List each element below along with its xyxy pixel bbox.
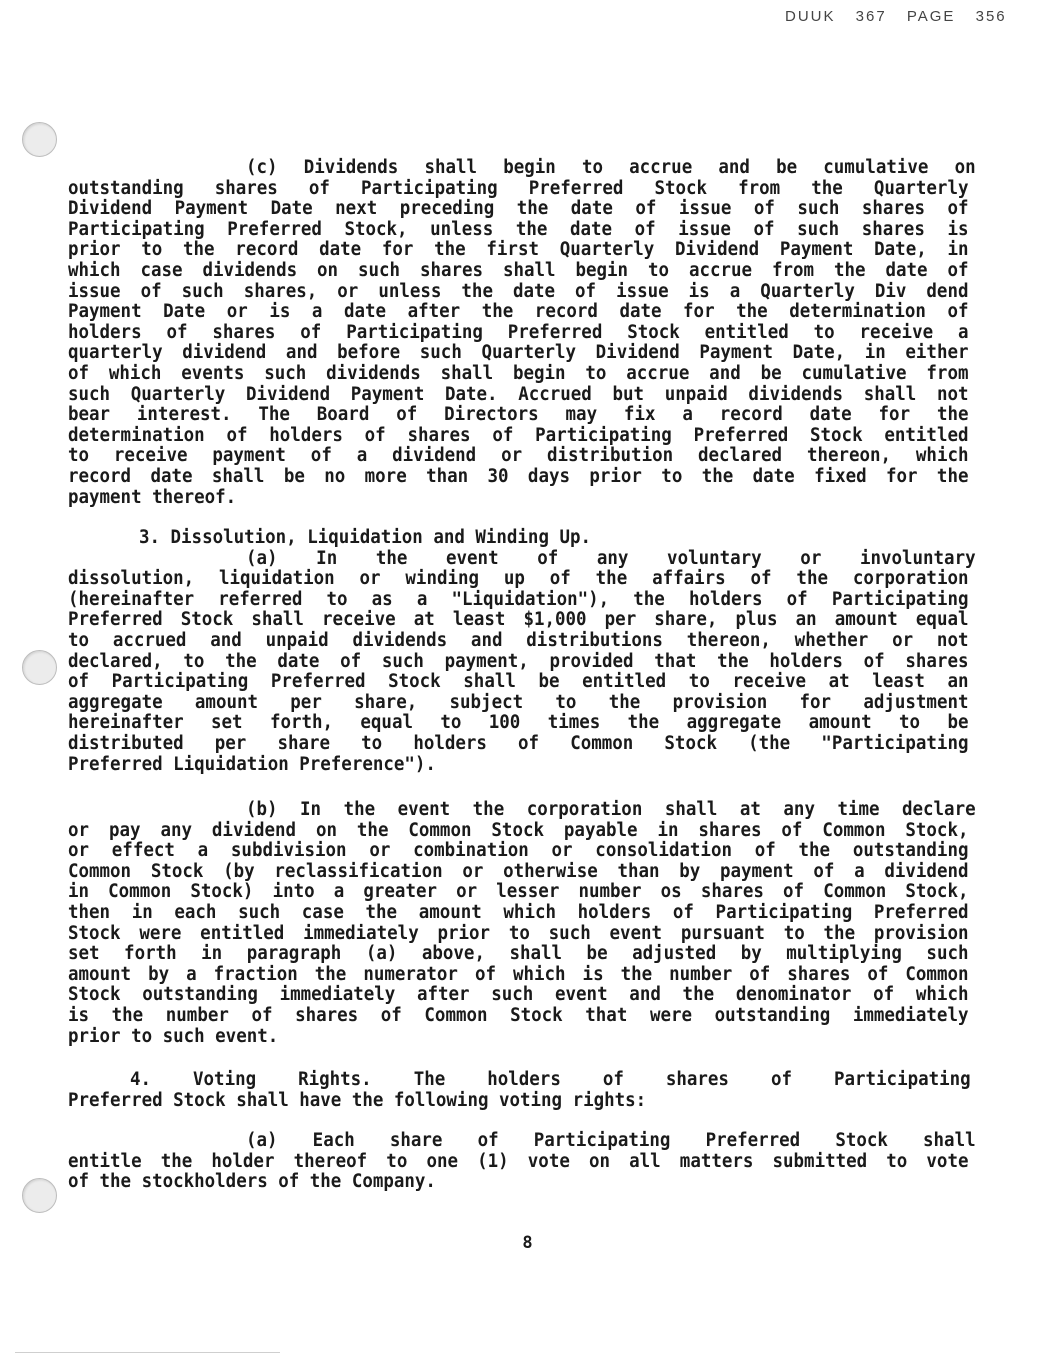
text-line: entitle the holder thereof to one (1) vo… <box>68 1152 968 1173</box>
text-line: determination of holders of shares of Pa… <box>68 426 968 447</box>
text-line: (a) Each share of Participating Preferre… <box>246 1131 976 1152</box>
text-line: Participating Preferred Stock, unless th… <box>68 220 968 241</box>
text-line: (a) In the event of any voluntary or inv… <box>246 549 976 570</box>
text-line: Payment Date or is a date after the reco… <box>68 302 968 323</box>
text-line: Preferred Liquidation Preference"). <box>68 755 968 776</box>
text-line: to receive payment of a dividend or dist… <box>68 446 968 467</box>
text-line: or pay any dividend on the Common Stock … <box>68 821 968 842</box>
text-line: bear interest. The Board of Directors ma… <box>68 405 968 426</box>
text-line: or effect a subdivision or combination o… <box>68 841 968 862</box>
text-line: of which events such dividends shall beg… <box>68 364 968 385</box>
text-line: of the stockholders of the Company. <box>68 1172 968 1193</box>
text-line: set forth in paragraph (a) above, shall … <box>68 944 968 965</box>
text-line: Preferred Stock shall receive at least $… <box>68 610 968 631</box>
text-line: declared, to the date of such payment, p… <box>68 652 968 673</box>
book-page-stamp: DUUK 367 PAGE 356 <box>785 8 1007 25</box>
text-line: Common Stock (by reclassification or oth… <box>68 862 968 883</box>
text-line: Preferred Stock shall have the following… <box>68 1091 968 1112</box>
text-line: (b) In the event the corporation shall a… <box>246 800 976 821</box>
text-line: 3. Dissolution, Liquidation and Winding … <box>139 528 971 549</box>
text-line: record date shall be no more than 30 day… <box>68 467 968 488</box>
text-line: such Quarterly Dividend Payment Date. Ac… <box>68 385 968 406</box>
text-line: outstanding shares of Participating Pref… <box>68 179 968 200</box>
bottom-edge-line <box>15 1352 280 1353</box>
text-line: prior to such event. <box>68 1027 968 1048</box>
text-line: issue of such shares, or unless the date… <box>68 282 968 303</box>
text-line: 4. Voting Rights. The holders of shares … <box>130 1070 971 1091</box>
text-line: dissolution, liquidation or winding up o… <box>68 569 968 590</box>
text-line: Stock outstanding immediately after such… <box>68 985 968 1006</box>
text-line: holders of shares of Participating Prefe… <box>68 323 968 344</box>
text-line: (hereinafter referred to as a "Liquidati… <box>68 590 968 611</box>
punch-hole-middle <box>22 650 57 685</box>
punch-hole-bottom <box>22 1178 57 1213</box>
text-line: distributed per share to holders of Comm… <box>68 734 968 755</box>
text-line: prior to the record date for the first Q… <box>68 240 968 261</box>
text-line: of Participating Preferred Stock shall b… <box>68 672 968 693</box>
text-line: (c) Dividends shall begin to accrue and … <box>246 158 976 179</box>
text-line: Dividend Payment Date next preceding the… <box>68 199 968 220</box>
text-line: amount by a fraction the numerator of wh… <box>68 965 968 986</box>
text-line: hereinafter set forth, equal to 100 time… <box>68 713 968 734</box>
text-line: quarterly dividend and before such Quart… <box>68 343 968 364</box>
text-line: is the number of shares of Common Stock … <box>68 1006 968 1027</box>
page-number: 8 <box>0 1233 1055 1253</box>
text-line: payment thereof. <box>68 488 968 509</box>
text-line: Stock were entitled immediately prior to… <box>68 924 968 945</box>
text-line: aggregate amount per share, subject to t… <box>68 693 968 714</box>
punch-hole-top <box>22 122 57 157</box>
text-line: in Common Stock) into a greater or lesse… <box>68 882 968 903</box>
text-line: which case dividends on such shares shal… <box>68 261 968 282</box>
text-line: to accrued and unpaid dividends and dist… <box>68 631 968 652</box>
text-line: then in each such case the amount which … <box>68 903 968 924</box>
